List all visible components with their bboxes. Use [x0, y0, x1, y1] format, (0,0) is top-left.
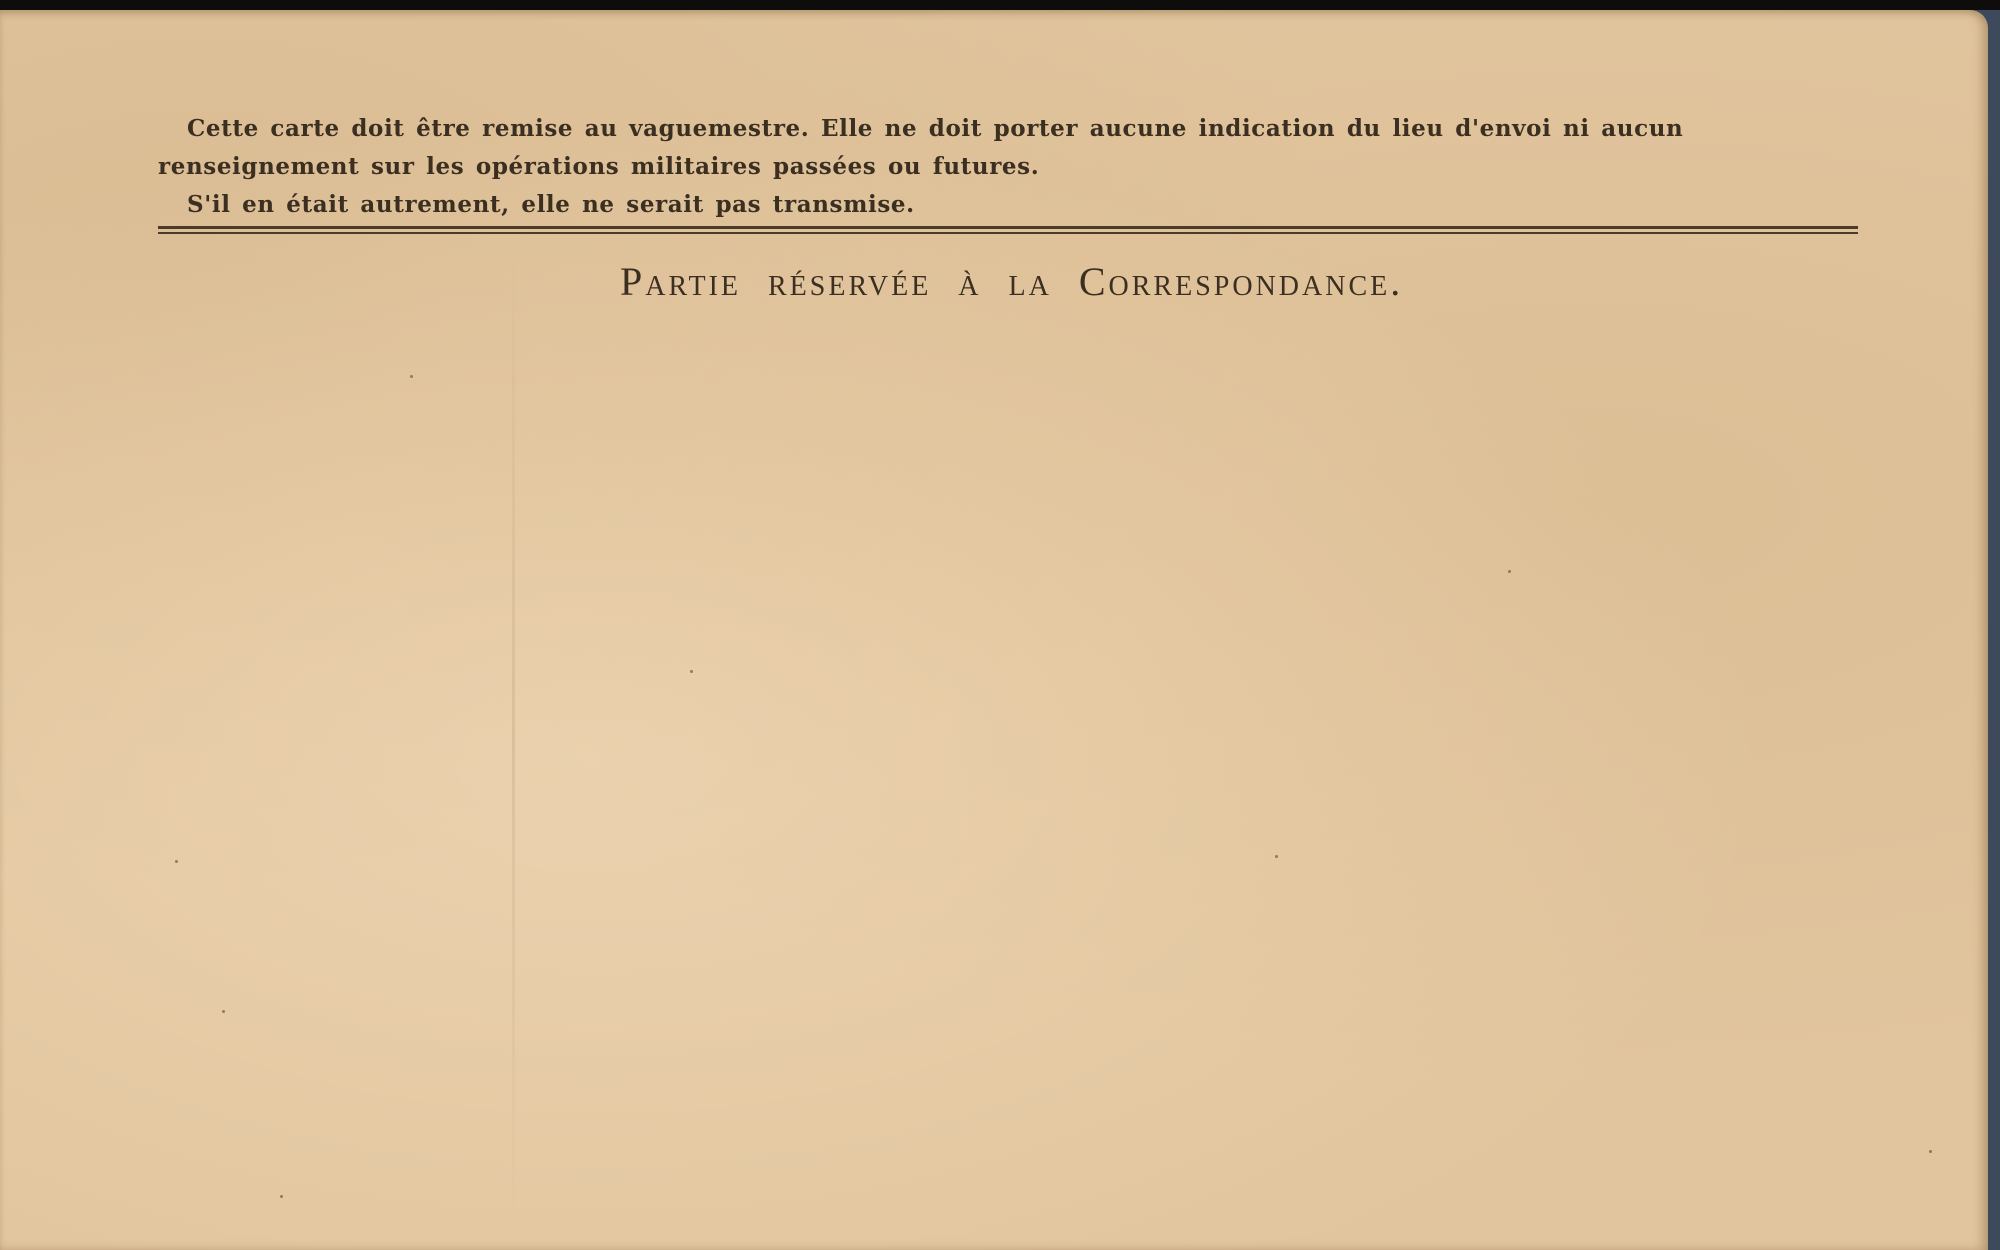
paper-speck [410, 375, 413, 378]
correspondence-heading: Partie réservée à la Correspondance. [620, 258, 1400, 305]
censorship-notice: Cette carte doit être remise au vaguemes… [158, 110, 1868, 224]
paper-speck [280, 1195, 283, 1198]
paper-speck [222, 1010, 225, 1013]
notice-line-1: Cette carte doit être remise au vaguemes… [158, 110, 1868, 148]
paper-crease [512, 240, 515, 1240]
notice-line-3: S'il en était autrement, elle ne serait … [158, 186, 1868, 224]
top-edge-shadow [0, 0, 2000, 10]
double-rule-divider [158, 226, 1858, 234]
paper-speck [1929, 1150, 1932, 1153]
paper-speck [1275, 855, 1278, 858]
paper-speck [175, 860, 178, 863]
paper-speck [690, 670, 693, 673]
postcard: Cette carte doit être remise au vaguemes… [0, 10, 1988, 1250]
paper-speck [1508, 570, 1511, 573]
notice-line-2: renseignement sur les opérations militai… [158, 148, 1868, 186]
